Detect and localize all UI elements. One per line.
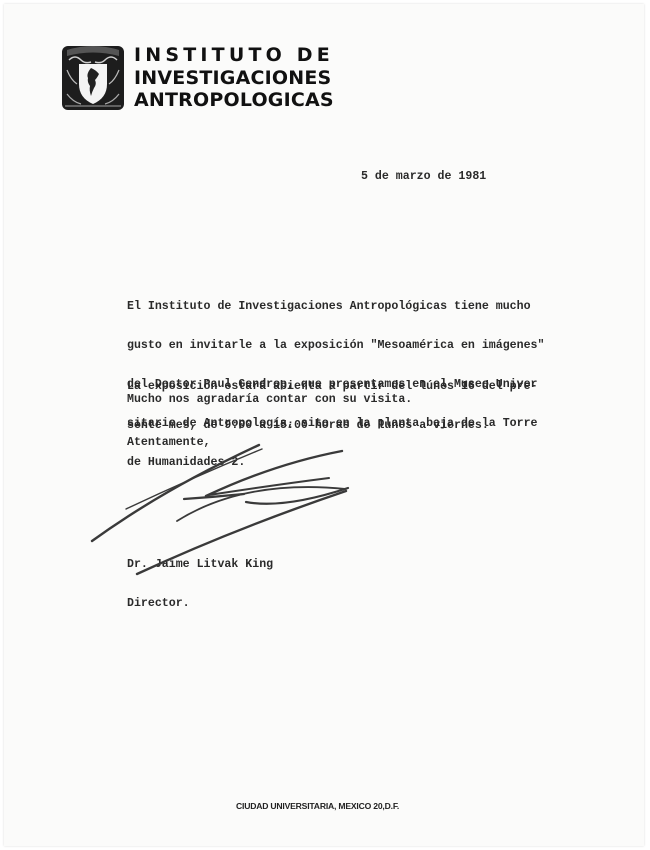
letter-page: INSTITUTO DE INVESTIGACIONES ANTROPOLOGI… bbox=[4, 4, 644, 846]
text-line: gusto en invitarle a la exposición "Meso… bbox=[127, 339, 544, 352]
signer-title: Director. bbox=[127, 597, 273, 610]
text-line: sente mes, de 9:00 a 15:00 horas de lune… bbox=[127, 419, 538, 432]
letterhead-title: INSTITUTO DE INVESTIGACIONES ANTROPOLOGI… bbox=[134, 44, 334, 112]
body-paragraph-3: Mucho nos agradaría contar con su visita… bbox=[127, 393, 412, 406]
letterhead-line-1: INSTITUTO DE bbox=[134, 44, 334, 67]
footer-address: CIUDAD UNIVERSITARIA, MEXICO 20,D.F. bbox=[236, 801, 399, 811]
text-line: El Instituto de Investigaciones Antropol… bbox=[127, 300, 544, 313]
unam-seal-icon bbox=[61, 44, 125, 112]
text-line: La exposición estará abierta a partir de… bbox=[127, 380, 538, 393]
letter-date: 5 de marzo de 1981 bbox=[361, 170, 486, 183]
letterhead-line-3: ANTROPOLOGICAS bbox=[134, 89, 334, 112]
letterhead-line-2: INVESTIGACIONES bbox=[134, 67, 334, 90]
handwritten-signature-icon bbox=[84, 439, 384, 589]
